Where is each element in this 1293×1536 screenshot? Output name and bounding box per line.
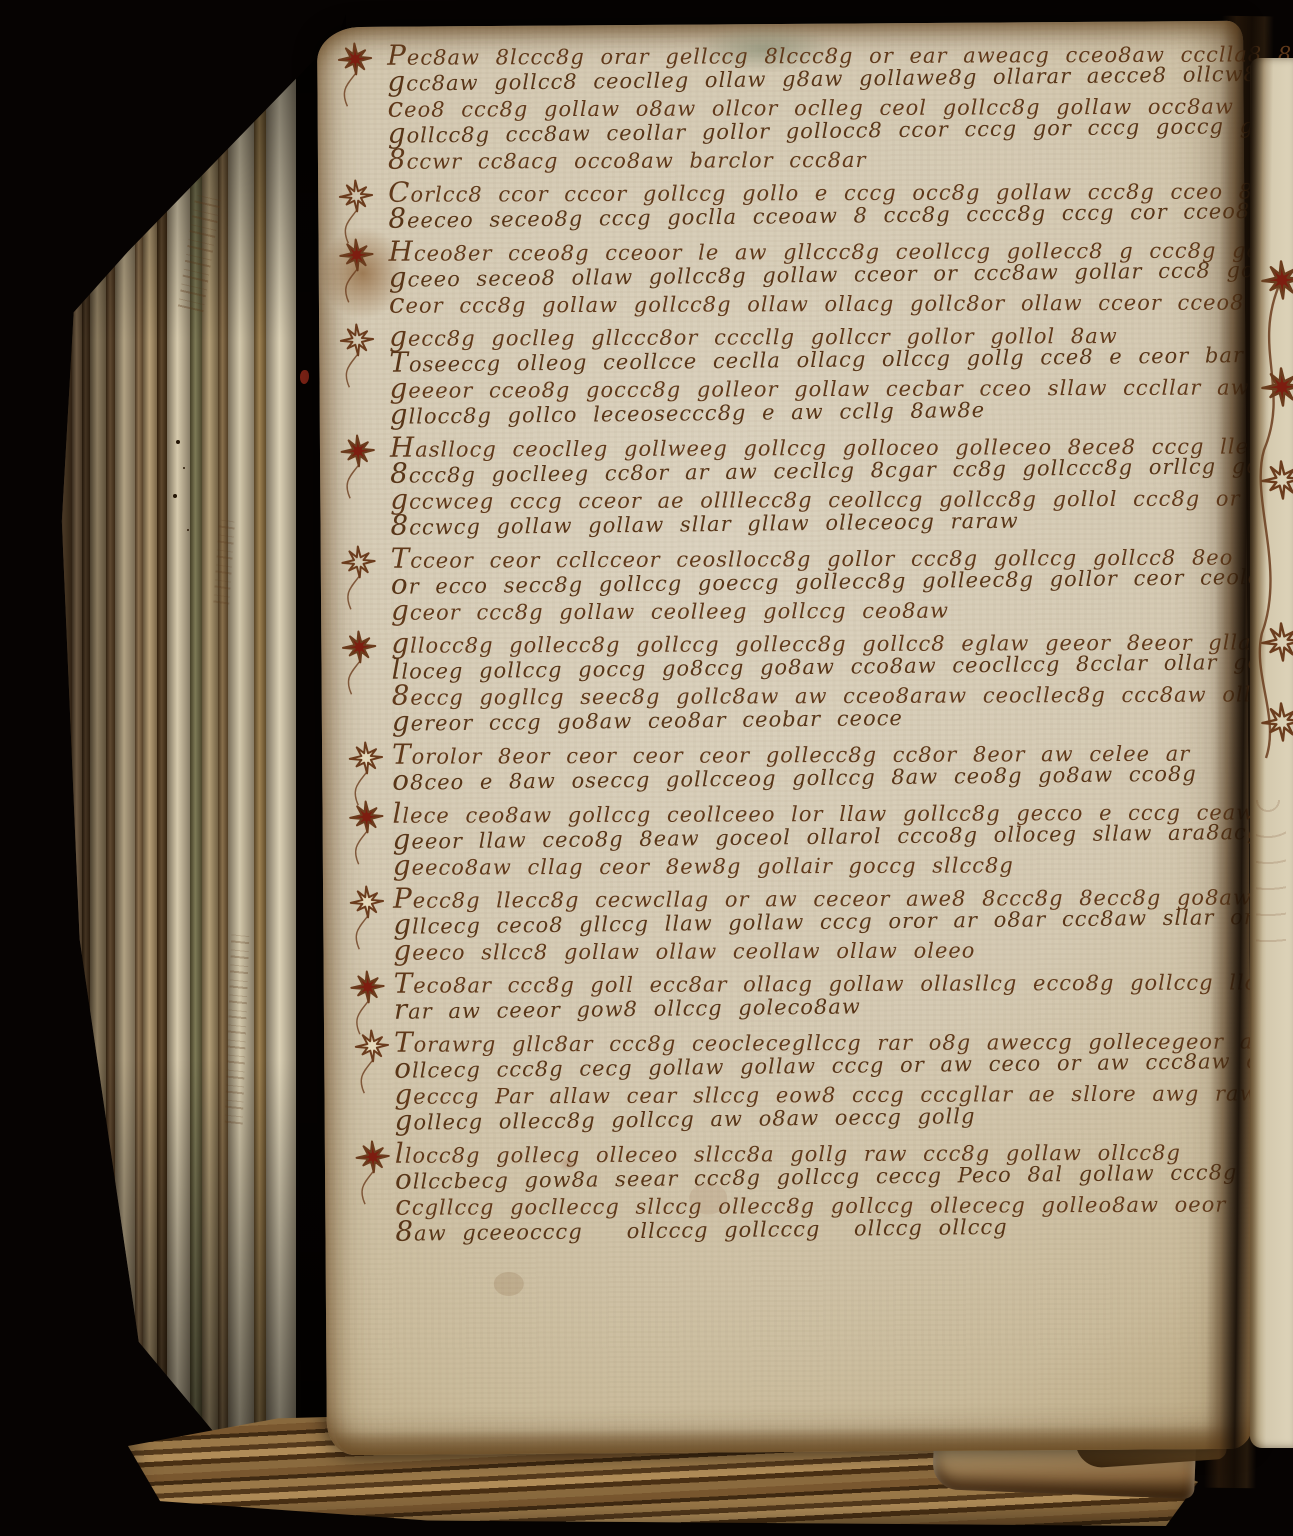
- star-icon: [346, 797, 386, 857]
- star-flourish-tail: [344, 73, 356, 107]
- manuscript-text-line: 8ccwr cc8acg occo8aw barclor ccc8ar: [388, 146, 1236, 175]
- page-edge-strip: [135, 14, 143, 1506]
- page-edge-strip: [115, 14, 135, 1506]
- paragraph-star-icon-cream: [346, 738, 390, 804]
- manuscript-text-line: gceor ccc8g gollaw ceolleeg gollccg ceo8…: [391, 596, 1239, 625]
- manuscript-paragraph: Torolor 8eor ceor ceor ceor gollecc8g cc…: [392, 738, 1240, 796]
- star-icon: [337, 320, 377, 380]
- facing-page-star-icon-outline: [1258, 456, 1293, 532]
- page-edge-strip: [218, 14, 228, 1506]
- paragraph-star-icon-red: [346, 797, 390, 863]
- manuscript-paragraph: Pecc8g llecc8g cecwcllag or aw ceceor aw…: [393, 882, 1242, 966]
- star-icon: [1258, 456, 1293, 528]
- star-icon: [339, 542, 379, 602]
- paragraph-star-icon-red: [338, 431, 382, 497]
- paragraph-star-icon-outline: [336, 176, 380, 242]
- manuscript-paragraph: Tcceor ceor ccllcceor ceosllocc8g gollor…: [391, 542, 1240, 626]
- manuscript-paragraph: Torawrg gllc8ar ccc8g ceoclecegllccg rar…: [394, 1026, 1243, 1136]
- manuscript-paragraph: Pec8aw 8lccc8g orar gellccg 8lccc8g or e…: [387, 39, 1236, 175]
- facing-page-star-icon-outline: [1258, 698, 1293, 774]
- star-flourish-tail: [362, 1171, 374, 1205]
- star-flourish-tail: [346, 269, 358, 303]
- manuscript-paragraph: Teco8ar ccc8g goll ecc8ar ollacg gollaw …: [394, 967, 1242, 1025]
- star-flourish-tail: [348, 576, 360, 610]
- manuscript-text-line: geeco sllcc8 gollaw ollaw ceollaw ollaw …: [393, 936, 1241, 965]
- manuscript-paragraph: Hasllocg ceoclleg gollweeg gollccg gollo…: [390, 431, 1239, 541]
- page-edge-strip: [228, 14, 254, 1506]
- page-edge-strip: [57, 14, 72, 1506]
- star-icon: [1258, 698, 1293, 770]
- paragraph-star-icon-red: [335, 39, 379, 105]
- manuscript-paragraph: llocc8g gollecg olleceo sllcc8a gollg ra…: [395, 1137, 1244, 1247]
- page-edge-strip: [106, 14, 115, 1506]
- star-icon: [336, 176, 376, 236]
- star-icon: [338, 431, 378, 491]
- manuscript-paragraph: llece ceo8aw gollccg ceollceeo lor llaw …: [392, 797, 1241, 881]
- manuscript-photo: { "colors": { "background": "#060302", "…: [0, 0, 1293, 1536]
- manuscript-paragraph: gllocc8g gollecc8g gollccg gollecc8g gol…: [391, 627, 1240, 737]
- manuscript-page: Pec8aw 8lccc8g orar gellccg 8lccc8g or e…: [317, 21, 1253, 1455]
- paragraph-star-icon-outline: [337, 320, 381, 386]
- paragraph-star-icon-red: [336, 235, 380, 301]
- manuscript-paragraph: gecc8g goclleg gllccc8or ccccllg gollccr…: [389, 320, 1238, 430]
- paragraph-star-icon-outline: [339, 542, 383, 608]
- manuscript-paragraph: Hceo8er cceo8g cceoor le aw gllccc8g ceo…: [389, 235, 1238, 319]
- star-icon: [1258, 618, 1293, 690]
- star-flourish-tail: [361, 1060, 373, 1094]
- star-icon: [346, 738, 386, 798]
- manuscript-text-line: geeco8aw cllag ceor 8ew8g gollair goccg …: [393, 851, 1241, 880]
- page-edge-strip: [266, 14, 296, 1506]
- facing-page-sliver: [1250, 58, 1293, 1448]
- star-icon: [339, 627, 379, 687]
- facing-page-star-icon-red: [1258, 256, 1293, 332]
- star-flourish-tail: [348, 661, 360, 695]
- paragraph-star-icon-red: [353, 1137, 397, 1203]
- star-icon: [1258, 363, 1293, 435]
- paragraph-star-icon-red: [348, 967, 392, 1033]
- facing-page-star-icon-outline: [1258, 618, 1293, 694]
- star-icon: [352, 1026, 392, 1086]
- paragraph-star-icon-cream: [352, 1026, 396, 1092]
- manuscript-paragraph: Corlcc8 ccor cccor gollccg gollo e cccg …: [388, 176, 1236, 234]
- page-edge-strip: [72, 14, 82, 1506]
- dark-specks: [176, 440, 180, 444]
- star-flourish-tail: [347, 465, 359, 499]
- page-edge-strip: [82, 14, 90, 1506]
- star-icon: [1258, 256, 1293, 328]
- facing-page-faint-sketch: [1256, 800, 1286, 960]
- page-edge-strip: [90, 14, 106, 1506]
- page-edge-strip: [167, 14, 190, 1506]
- paragraph-star-icon-red: [339, 627, 383, 693]
- page-edge-strip: [254, 14, 266, 1506]
- star-flourish-tail: [346, 354, 358, 388]
- star-icon: [347, 882, 387, 942]
- star-icon: [353, 1137, 393, 1197]
- star-icon: [336, 235, 376, 295]
- text-block: Pec8aw 8lccc8g orar gellccg 8lccc8g or e…: [387, 39, 1243, 1254]
- page-edge-strip: [157, 14, 167, 1506]
- page-edge-strip: [143, 14, 157, 1506]
- star-flourish-tail: [355, 831, 367, 865]
- facing-page-star-icon-red: [1258, 363, 1293, 439]
- star-icon: [335, 39, 375, 99]
- page-edge-strip: [50, 14, 57, 1506]
- manuscript-text-line: ceor ccc8g gollaw gollcc8g ollaw ollacg …: [389, 289, 1237, 318]
- star-flourish-tail: [356, 916, 368, 950]
- paragraph-star-icon-cream: [347, 882, 391, 948]
- star-icon: [348, 967, 388, 1027]
